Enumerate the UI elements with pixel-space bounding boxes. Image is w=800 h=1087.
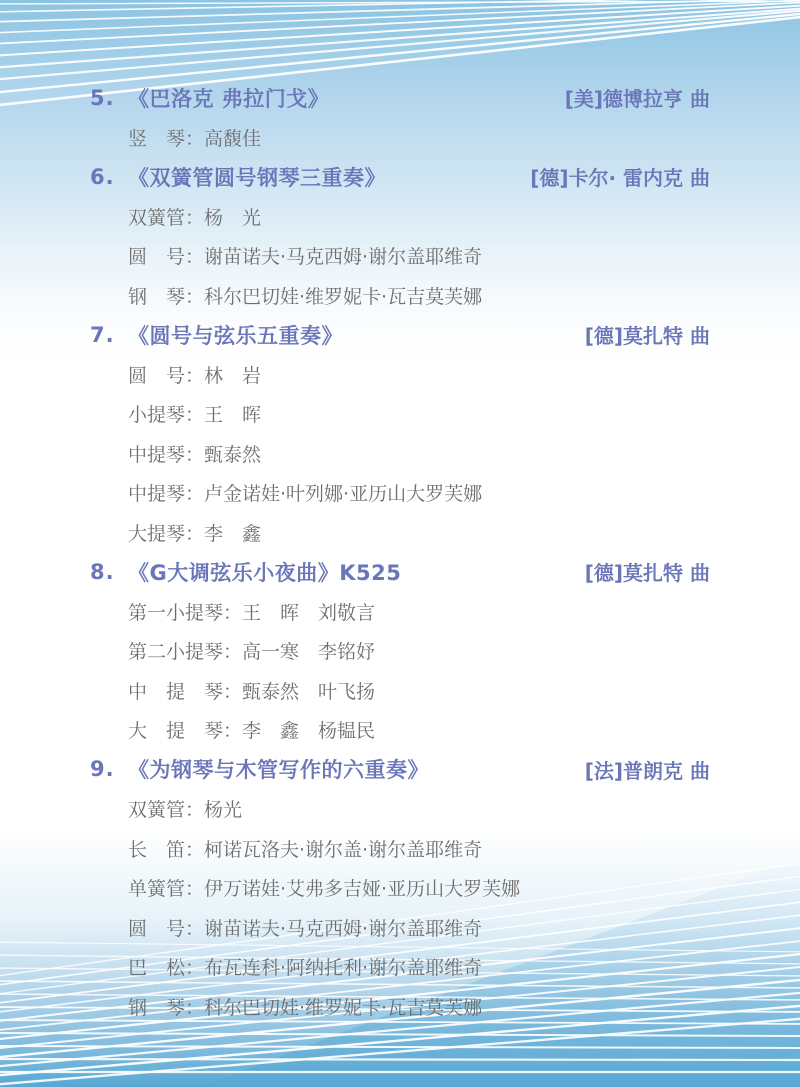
performer-line: 单簧管：伊万诺娃·艾弗多吉娅·亚历山大罗芙娜 bbox=[90, 868, 710, 908]
program-list: 5. 《巴洛克 弗拉门戈》 [美]德博拉亨 曲 竖 琴：高馥佳 6. 《双簧管圆… bbox=[0, 0, 800, 1087]
item-title: 《圆号与弦乐五重奏》 bbox=[128, 320, 343, 350]
performer-line: 双簧管：杨 光 bbox=[90, 197, 710, 237]
program-item-heading: 6. 《双簧管圆号钢琴三重奏》 [德]卡尔· 雷内克 曲 bbox=[90, 157, 710, 197]
performer-line: 圆 号：谢苗诺夫·马克西姆·谢尔盖耶维奇 bbox=[90, 908, 710, 948]
item-number: 5. bbox=[90, 86, 128, 110]
performer-line: 长 笛：柯诺瓦洛夫·谢尔盖·谢尔盖耶维奇 bbox=[90, 829, 710, 869]
item-title: 《为钢琴与木管写作的六重奏》 bbox=[128, 754, 429, 784]
performer-line: 第二小提琴：高一寒 李铭妤 bbox=[90, 631, 710, 671]
performer-line: 大 提 琴：李 鑫 杨韫民 bbox=[90, 710, 710, 750]
performer-line: 钢 琴：科尔巴切娃·维罗妮卡·瓦吉莫芙娜 bbox=[90, 276, 710, 316]
item-composer: [美]德博拉亨 曲 bbox=[565, 83, 710, 112]
item-composer: [法]普朗克 曲 bbox=[585, 755, 710, 784]
performer-line: 双簧管：杨光 bbox=[90, 789, 710, 829]
program-item: 7. 《圆号与弦乐五重奏》 [德]莫扎特 曲 圆 号：林 岩 小提琴：王 晖 中… bbox=[90, 315, 710, 552]
program-item: 5. 《巴洛克 弗拉门戈》 [美]德博拉亨 曲 竖 琴：高馥佳 bbox=[90, 78, 710, 157]
item-composer: [德]莫扎特 曲 bbox=[585, 320, 710, 349]
performer-line: 巴 松：布瓦连科·阿纳托利·谢尔盖耶维奇 bbox=[90, 947, 710, 987]
performer-line: 中提琴：卢金诺娃·叶列娜·亚历山大罗芙娜 bbox=[90, 473, 710, 513]
item-composer: [德]卡尔· 雷内克 曲 bbox=[530, 162, 710, 191]
program-item-heading: 8. 《G大调弦乐小夜曲》K525 [德]莫扎特 曲 bbox=[90, 552, 710, 592]
program-item-heading: 7. 《圆号与弦乐五重奏》 [德]莫扎特 曲 bbox=[90, 315, 710, 355]
item-title: 《巴洛克 弗拉门戈》 bbox=[128, 83, 329, 113]
performer-line: 圆 号：林 岩 bbox=[90, 355, 710, 395]
performer-line: 大提琴：李 鑫 bbox=[90, 513, 710, 553]
performer-line: 圆 号：谢苗诺夫·马克西姆·谢尔盖耶维奇 bbox=[90, 236, 710, 276]
program-item: 9. 《为钢琴与木管写作的六重奏》 [法]普朗克 曲 双簧管：杨光 长 笛：柯诺… bbox=[90, 750, 710, 1027]
performer-line: 小提琴：王 晖 bbox=[90, 394, 710, 434]
item-number: 6. bbox=[90, 165, 128, 189]
item-composer: [德]莫扎特 曲 bbox=[585, 557, 710, 586]
item-title: 《双簧管圆号钢琴三重奏》 bbox=[128, 162, 386, 192]
program-item: 8. 《G大调弦乐小夜曲》K525 [德]莫扎特 曲 第一小提琴：王 晖 刘敬言… bbox=[90, 552, 710, 750]
performer-line: 钢 琴：科尔巴切娃·维罗妮卡·瓦吉莫芙娜 bbox=[90, 987, 710, 1027]
performer-line: 中提琴：甄泰然 bbox=[90, 434, 710, 474]
item-number: 8. bbox=[90, 560, 128, 584]
program-item-heading: 5. 《巴洛克 弗拉门戈》 [美]德博拉亨 曲 bbox=[90, 78, 710, 118]
performer-line: 第一小提琴：王 晖 刘敬言 bbox=[90, 592, 710, 632]
program-item-heading: 9. 《为钢琴与木管写作的六重奏》 [法]普朗克 曲 bbox=[90, 750, 710, 790]
item-number: 9. bbox=[90, 757, 128, 781]
performer-line: 中 提 琴：甄泰然 叶飞扬 bbox=[90, 671, 710, 711]
item-number: 7. bbox=[90, 323, 128, 347]
program-item: 6. 《双簧管圆号钢琴三重奏》 [德]卡尔· 雷内克 曲 双簧管：杨 光 圆 号… bbox=[90, 157, 710, 315]
item-title: 《G大调弦乐小夜曲》K525 bbox=[128, 557, 401, 587]
performer-line: 竖 琴：高馥佳 bbox=[90, 118, 710, 158]
program-page: 5. 《巴洛克 弗拉门戈》 [美]德博拉亨 曲 竖 琴：高馥佳 6. 《双簧管圆… bbox=[0, 0, 800, 1087]
